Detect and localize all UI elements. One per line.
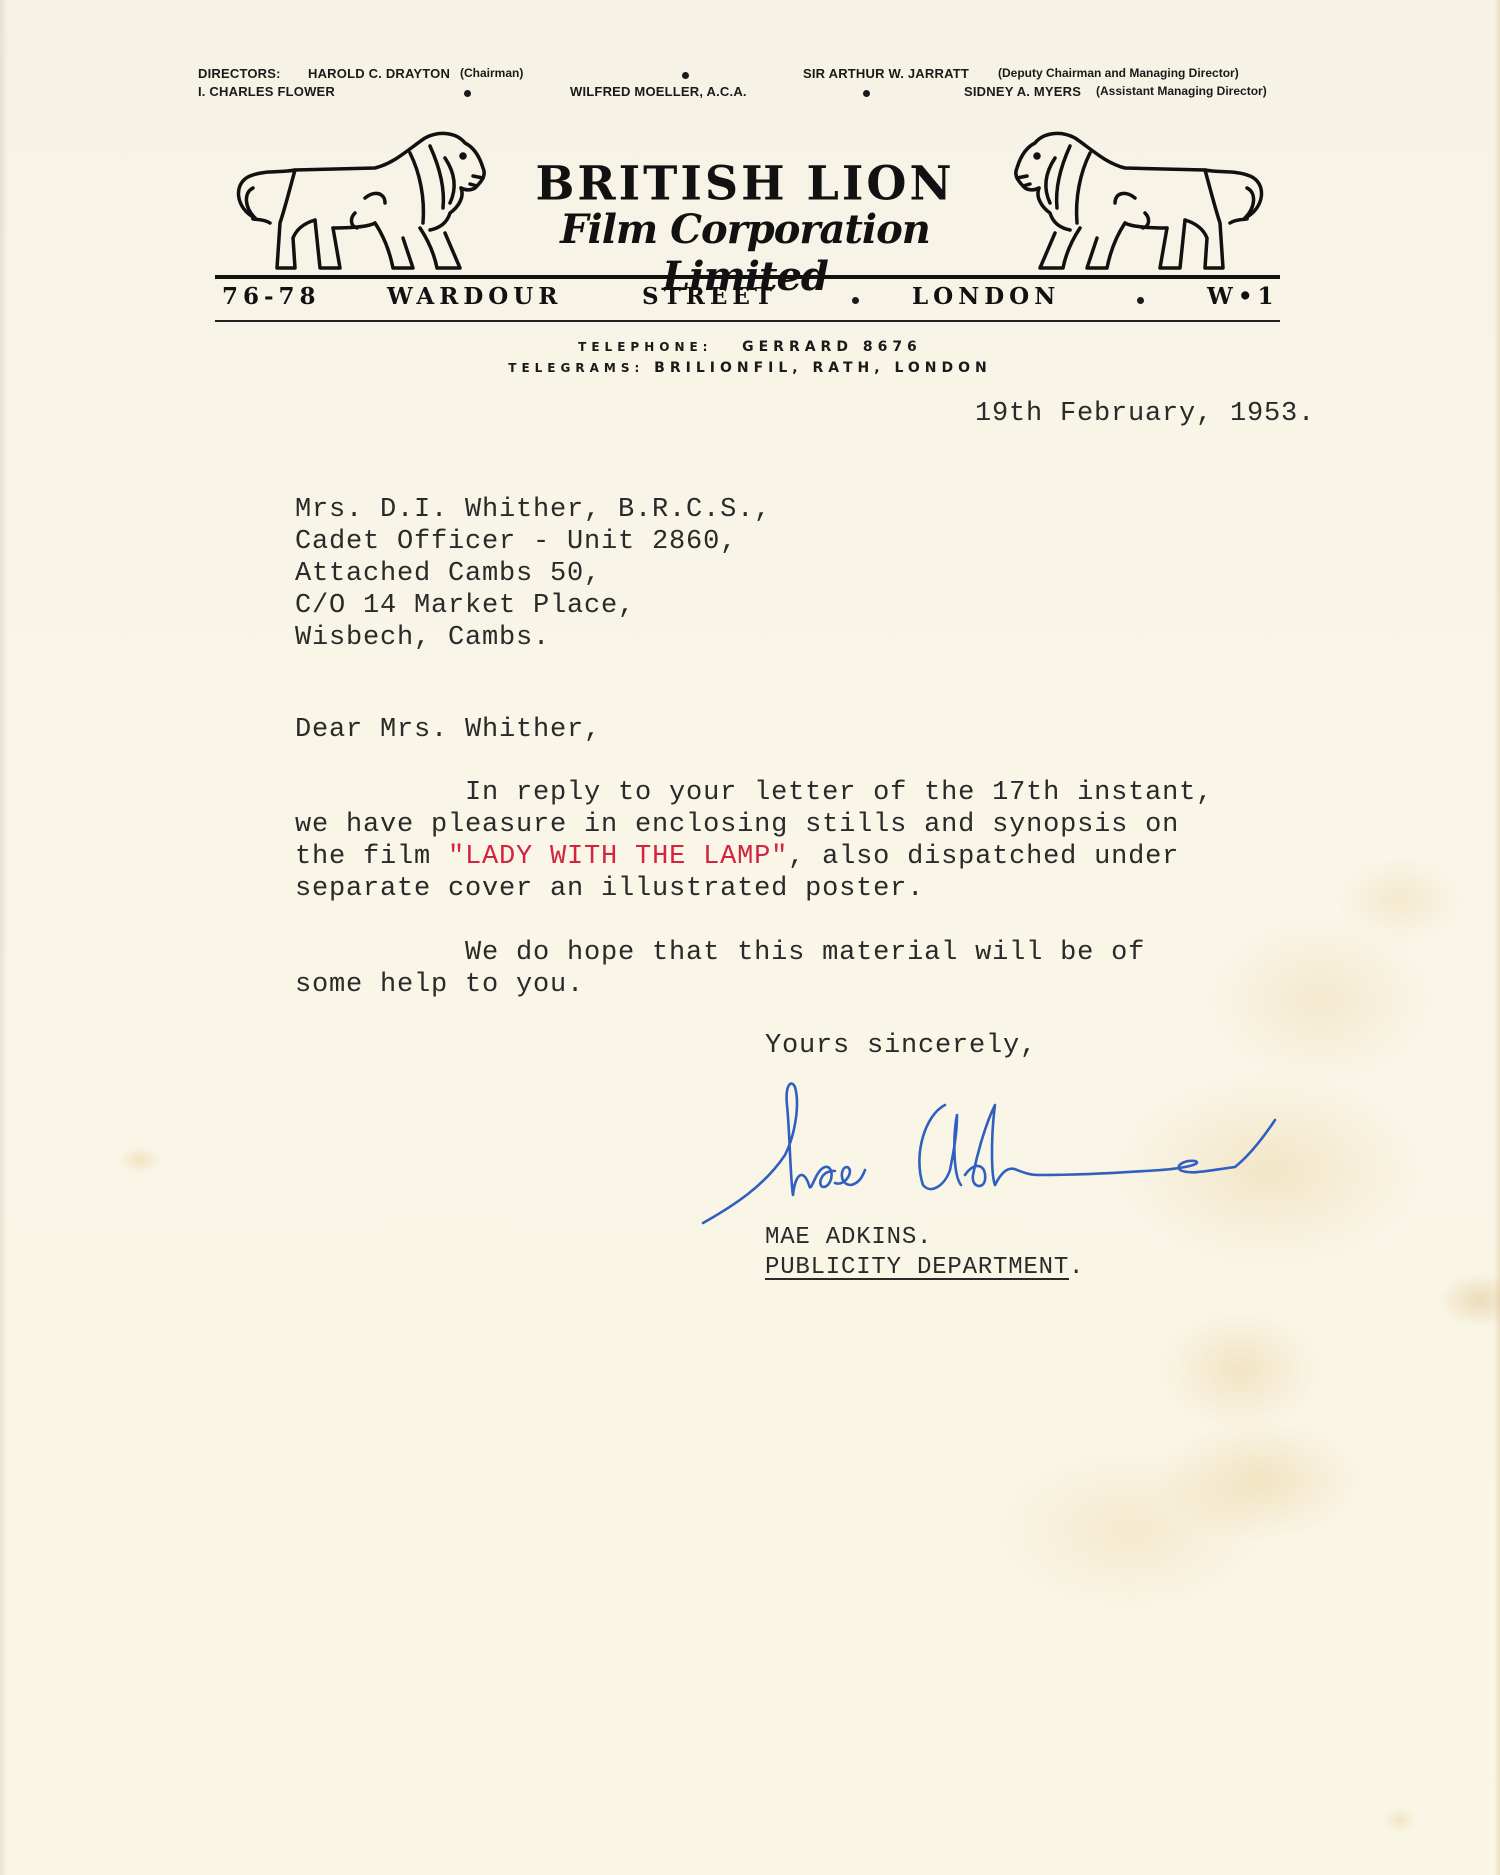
recipient-line: Attached Cambs 50,	[295, 558, 771, 590]
paper-edge-right	[1494, 0, 1500, 1875]
bullet-icon	[1137, 297, 1144, 304]
body-line: we have pleasure in enclosing stills and…	[295, 809, 1213, 841]
director-name: I. CHARLES FLOWER	[198, 84, 335, 99]
address-district: W•1	[1207, 283, 1279, 310]
recipient-line: Wisbech, Cambs.	[295, 622, 771, 654]
director-role: (Assistant Managing Director)	[1096, 84, 1267, 98]
closing: Yours sincerely,	[765, 1030, 1037, 1062]
department-suffix: .	[1069, 1254, 1084, 1281]
directors-header: DIRECTORS: HAROLD C. DRAYTON (Chairman) …	[198, 66, 1308, 102]
address-number: 76-78	[222, 283, 321, 310]
director-name: SIR ARTHUR W. JARRATT	[803, 66, 969, 81]
recipient-line: Mrs. D.I. Whither, B.R.C.S.,	[295, 494, 771, 526]
company-logo: BRITISH LION Film Corporation Limited	[215, 128, 1280, 278]
body-text: , also dispatched under	[788, 842, 1179, 872]
telegrams-line: TELEGRAMS: BRILIONFIL, RATH, LONDON	[0, 360, 1500, 376]
recipient-line: Cadet Officer - Unit 2860,	[295, 526, 771, 558]
salutation: Dear Mrs. Whither,	[295, 714, 601, 746]
bullet-icon	[863, 90, 870, 97]
body-line: some help to you.	[295, 969, 1145, 1001]
director-role: (Chairman)	[460, 66, 523, 80]
address-city: LONDON	[912, 283, 1060, 310]
lion-right-icon	[1005, 128, 1275, 276]
director-name: SIDNEY A. MYERS	[964, 84, 1081, 99]
letter-date: 19th February, 1953.	[975, 398, 1315, 430]
body-line: We do hope that this material will be of	[295, 937, 1145, 969]
body-line: In reply to your letter of the 17th inst…	[295, 777, 1213, 809]
bullet-icon	[464, 90, 471, 97]
telephone-label: TELEPHONE:	[578, 340, 712, 354]
recipient-address: Mrs. D.I. Whither, B.R.C.S.,Cadet Office…	[295, 494, 771, 654]
company-name: BRITISH LION	[505, 155, 985, 210]
address-street-type: STREET	[642, 283, 777, 310]
lion-left-icon	[225, 128, 495, 276]
bullet-icon	[852, 297, 859, 304]
body-text: the film	[295, 842, 448, 872]
director-role: (Deputy Chairman and Managing Director)	[998, 66, 1239, 80]
department-name: PUBLICITY DEPARTMENT	[765, 1254, 1069, 1281]
telegrams-address: BRILIONFIL, RATH, LONDON	[654, 360, 992, 376]
film-title: "LADY WITH THE LAMP"	[448, 842, 788, 872]
bullet-icon	[682, 72, 689, 79]
directors-label: DIRECTORS:	[198, 66, 281, 81]
handwritten-signature	[695, 1075, 1295, 1235]
paper-edge-left	[0, 0, 8, 1875]
telephone-line: TELEPHONE: GERRARD 8676	[0, 339, 1500, 355]
letterhead-rule-thick	[215, 275, 1280, 279]
director-name: WILFRED MOELLER, A.C.A.	[570, 84, 747, 99]
address-street: WARDOUR	[387, 283, 562, 310]
telegrams-label: TELEGRAMS:	[508, 361, 644, 375]
body-line: the film "LADY WITH THE LAMP", also disp…	[295, 841, 1213, 873]
director-name: HAROLD C. DRAYTON	[308, 66, 450, 81]
body-line: separate cover an illustrated poster.	[295, 873, 1213, 905]
body-paragraph-1: In reply to your letter of the 17th inst…	[295, 777, 1213, 905]
letterhead-rule-thin	[215, 320, 1280, 322]
signer-department: PUBLICITY DEPARTMENT.	[765, 1252, 1084, 1284]
body-paragraph-2: We do hope that this material will be of…	[295, 937, 1145, 1001]
signer-name: MAE ADKINS.	[765, 1222, 932, 1254]
company-address: 76-78 WARDOUR STREET LONDON W•1	[222, 283, 1280, 315]
recipient-line: C/O 14 Market Place,	[295, 590, 771, 622]
telephone-number: GERRARD 8676	[742, 339, 922, 355]
